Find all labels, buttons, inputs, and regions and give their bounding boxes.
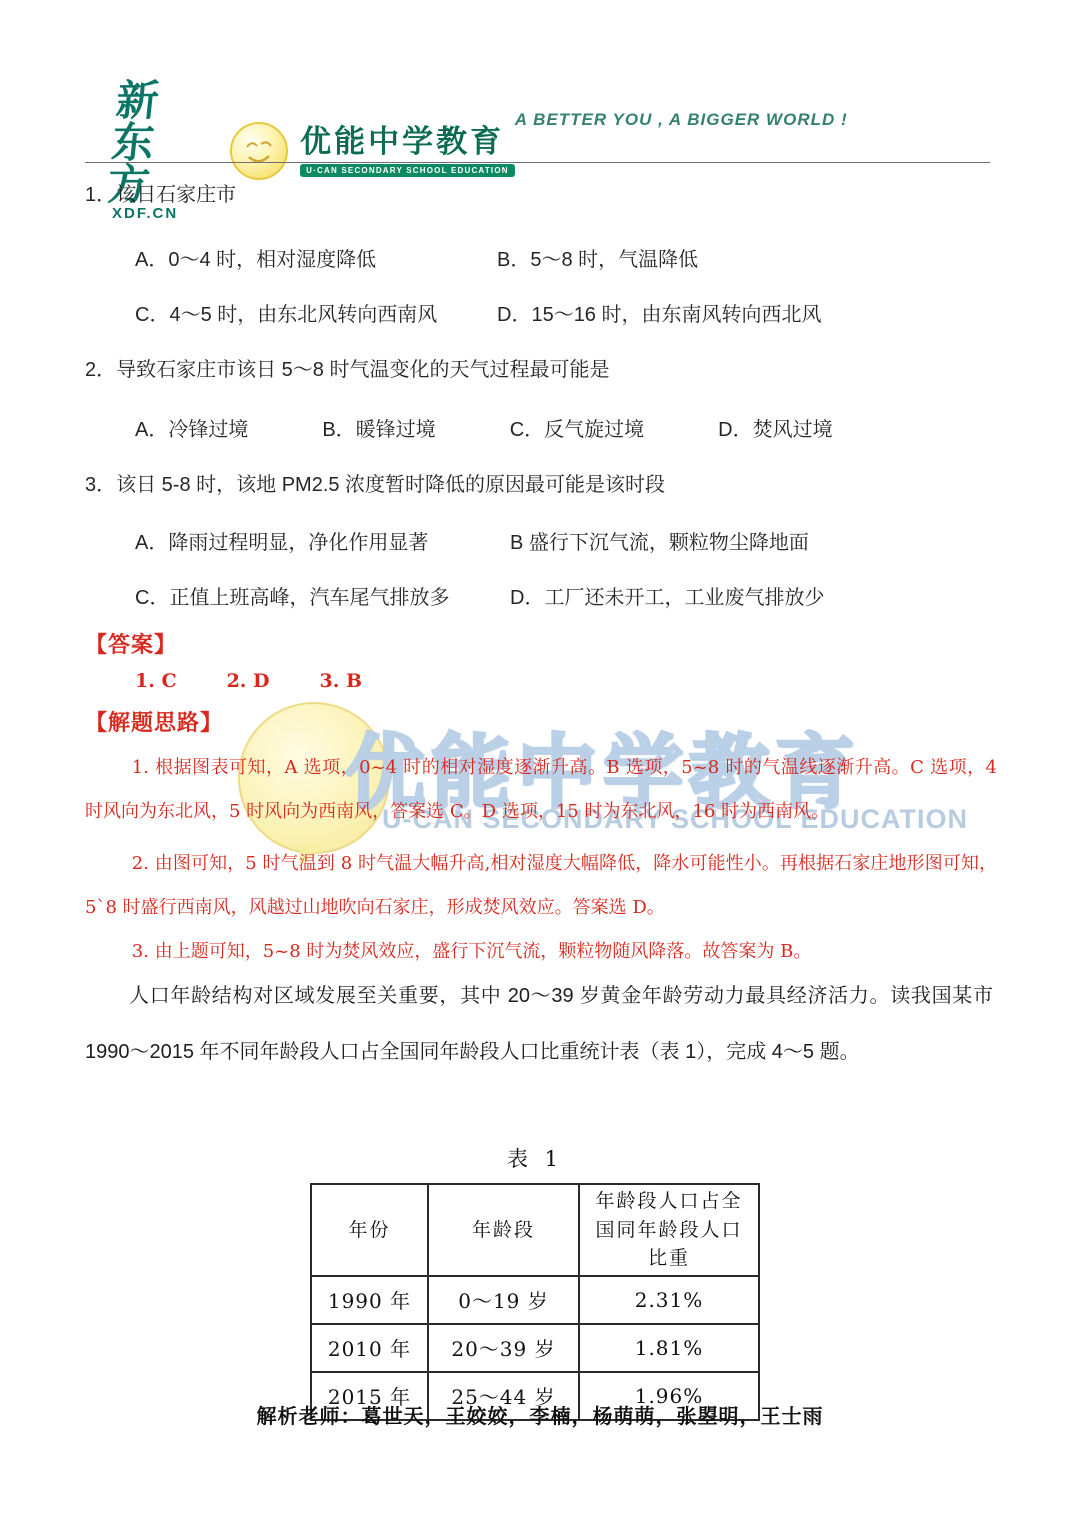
table-cell-share-1990: 2.31% — [579, 1276, 759, 1324]
question-3-stem: 3．该日 5-8 时，该地 PM2.5 浓度暂时降低的原因最可能是该时段 — [85, 468, 997, 497]
answer-list: 1. C 2. D 3. B — [135, 670, 362, 692]
table-cell-age-2010: 20～39 岁 — [428, 1324, 579, 1372]
exam-document-page: 优能中学教育 U-CAN SECONDARY SCHOOL EDUCATION … — [0, 0, 1080, 1528]
table-cell-year-2010: 2010 年 — [311, 1324, 428, 1372]
table-row: 1990 年 0～19 岁 2.31% — [311, 1276, 759, 1324]
analysis-teachers-line: 解析老师：葛世天，王姣姣，李楠，杨萌萌，张曌明，王士雨 — [0, 1400, 1080, 1429]
question-1-stem: 1．该日石家庄市 — [85, 178, 997, 207]
population-table: 年份 年龄段 年龄段人口占全国同年龄段人口比重 1990 年 0～19 岁 2.… — [310, 1183, 760, 1421]
question-3-options-row-2: C．正值上班高峰，汽车尾气排放多 D．工厂还未开工，工业废气排放少 — [135, 581, 995, 610]
table-cell-age-1990: 0～19 岁 — [428, 1276, 579, 1324]
table-caption: 表 1 — [310, 1143, 760, 1173]
question-2-options-row: A．冷锋过境 B．暖锋过境 C．反气旋过境 D．焚风过境 — [135, 413, 995, 442]
table-header-share: 年龄段人口占全国同年龄段人口比重 — [579, 1184, 759, 1276]
option-1d: D．15～16 时，由东南风转向西北风 — [497, 298, 822, 327]
analysis-paragraph-1: 1. 根据图表可知，A 选项，0~4 时的相对湿度逐渐升高。B 选项，5~8 时… — [85, 746, 997, 834]
option-3c: C．正值上班高峰，汽车尾气排放多 — [135, 581, 510, 610]
header-rule — [85, 162, 990, 163]
answer-1: 1. C — [135, 670, 177, 692]
option-1c: C．4～5 时，由东北风转向西南风 — [135, 298, 497, 327]
question-2-stem: 2．导致石家庄市该日 5～8 时气温变化的天气过程最可能是 — [85, 353, 997, 382]
question-3-options-row-1: A．降雨过程明显，净化作用显著 B 盛行下沉气流，颗粒物尘降地面 — [135, 526, 995, 555]
table-cell-share-2010: 1.81% — [579, 1324, 759, 1372]
table-header-row: 年份 年龄段 年龄段人口占全国同年龄段人口比重 — [311, 1184, 759, 1276]
question-1-options-row-1: A．0～4 时，相对湿度降低 B．5～8 时，气温降低 — [135, 243, 995, 272]
option-3b: B 盛行下沉气流，颗粒物尘降地面 — [510, 526, 809, 555]
table-header-year: 年份 — [311, 1184, 428, 1276]
analysis-section-label: 【解题思路】 — [85, 706, 223, 737]
ucan-globe-icon — [230, 122, 288, 180]
table-header-agegroup: 年龄段 — [428, 1184, 579, 1276]
answer-3: 3. B — [320, 670, 363, 692]
answer-2: 2. D — [227, 670, 270, 692]
ucan-logo: 优能中学教育 U·CAN SECONDARY SCHOOL EDUCATION — [300, 125, 515, 176]
table-cell-year-1990: 1990 年 — [311, 1276, 428, 1324]
table-row: 2010 年 20～39 岁 1.81% — [311, 1324, 759, 1372]
option-2c: C．反气旋过境 — [510, 413, 644, 442]
brand-slogan: A BETTER YOU , A BIGGER WORLD ! — [515, 110, 848, 130]
answer-section-label: 【答案】 — [85, 628, 177, 659]
ucan-subtitle: U·CAN SECONDARY SCHOOL EDUCATION — [300, 164, 515, 177]
option-1a: A．0～4 时，相对湿度降低 — [135, 243, 497, 272]
ucan-title: 优能中学教育 — [300, 125, 515, 159]
passage-text: 人口年龄结构对区域发展至关重要，其中 20～39 岁黄金年龄劳动力最具经济活力。… — [85, 968, 993, 1080]
question-1-options-row-2: C．4～5 时，由东北风转向西南风 D．15～16 时，由东南风转向西北风 — [135, 298, 995, 327]
option-2a: A．冷锋过境 — [135, 413, 248, 442]
option-1b: B．5～8 时，气温降低 — [497, 243, 698, 272]
table-1-block: 表 1 年份 年龄段 年龄段人口占全国同年龄段人口比重 1990 年 0～19 … — [310, 1143, 760, 1421]
option-3d: D．工厂还未开工，工业废气排放少 — [510, 581, 824, 610]
globe-face-icon — [239, 131, 279, 171]
option-3a: A．降雨过程明显，净化作用显著 — [135, 526, 510, 555]
option-2b: B．暖锋过境 — [322, 413, 435, 442]
option-2d: D．焚风过境 — [718, 413, 832, 442]
analysis-paragraph-2: 2. 由图可知，5 时气温到 8 时气温大幅升高,相对湿度大幅降低，降水可能性小… — [85, 842, 997, 930]
